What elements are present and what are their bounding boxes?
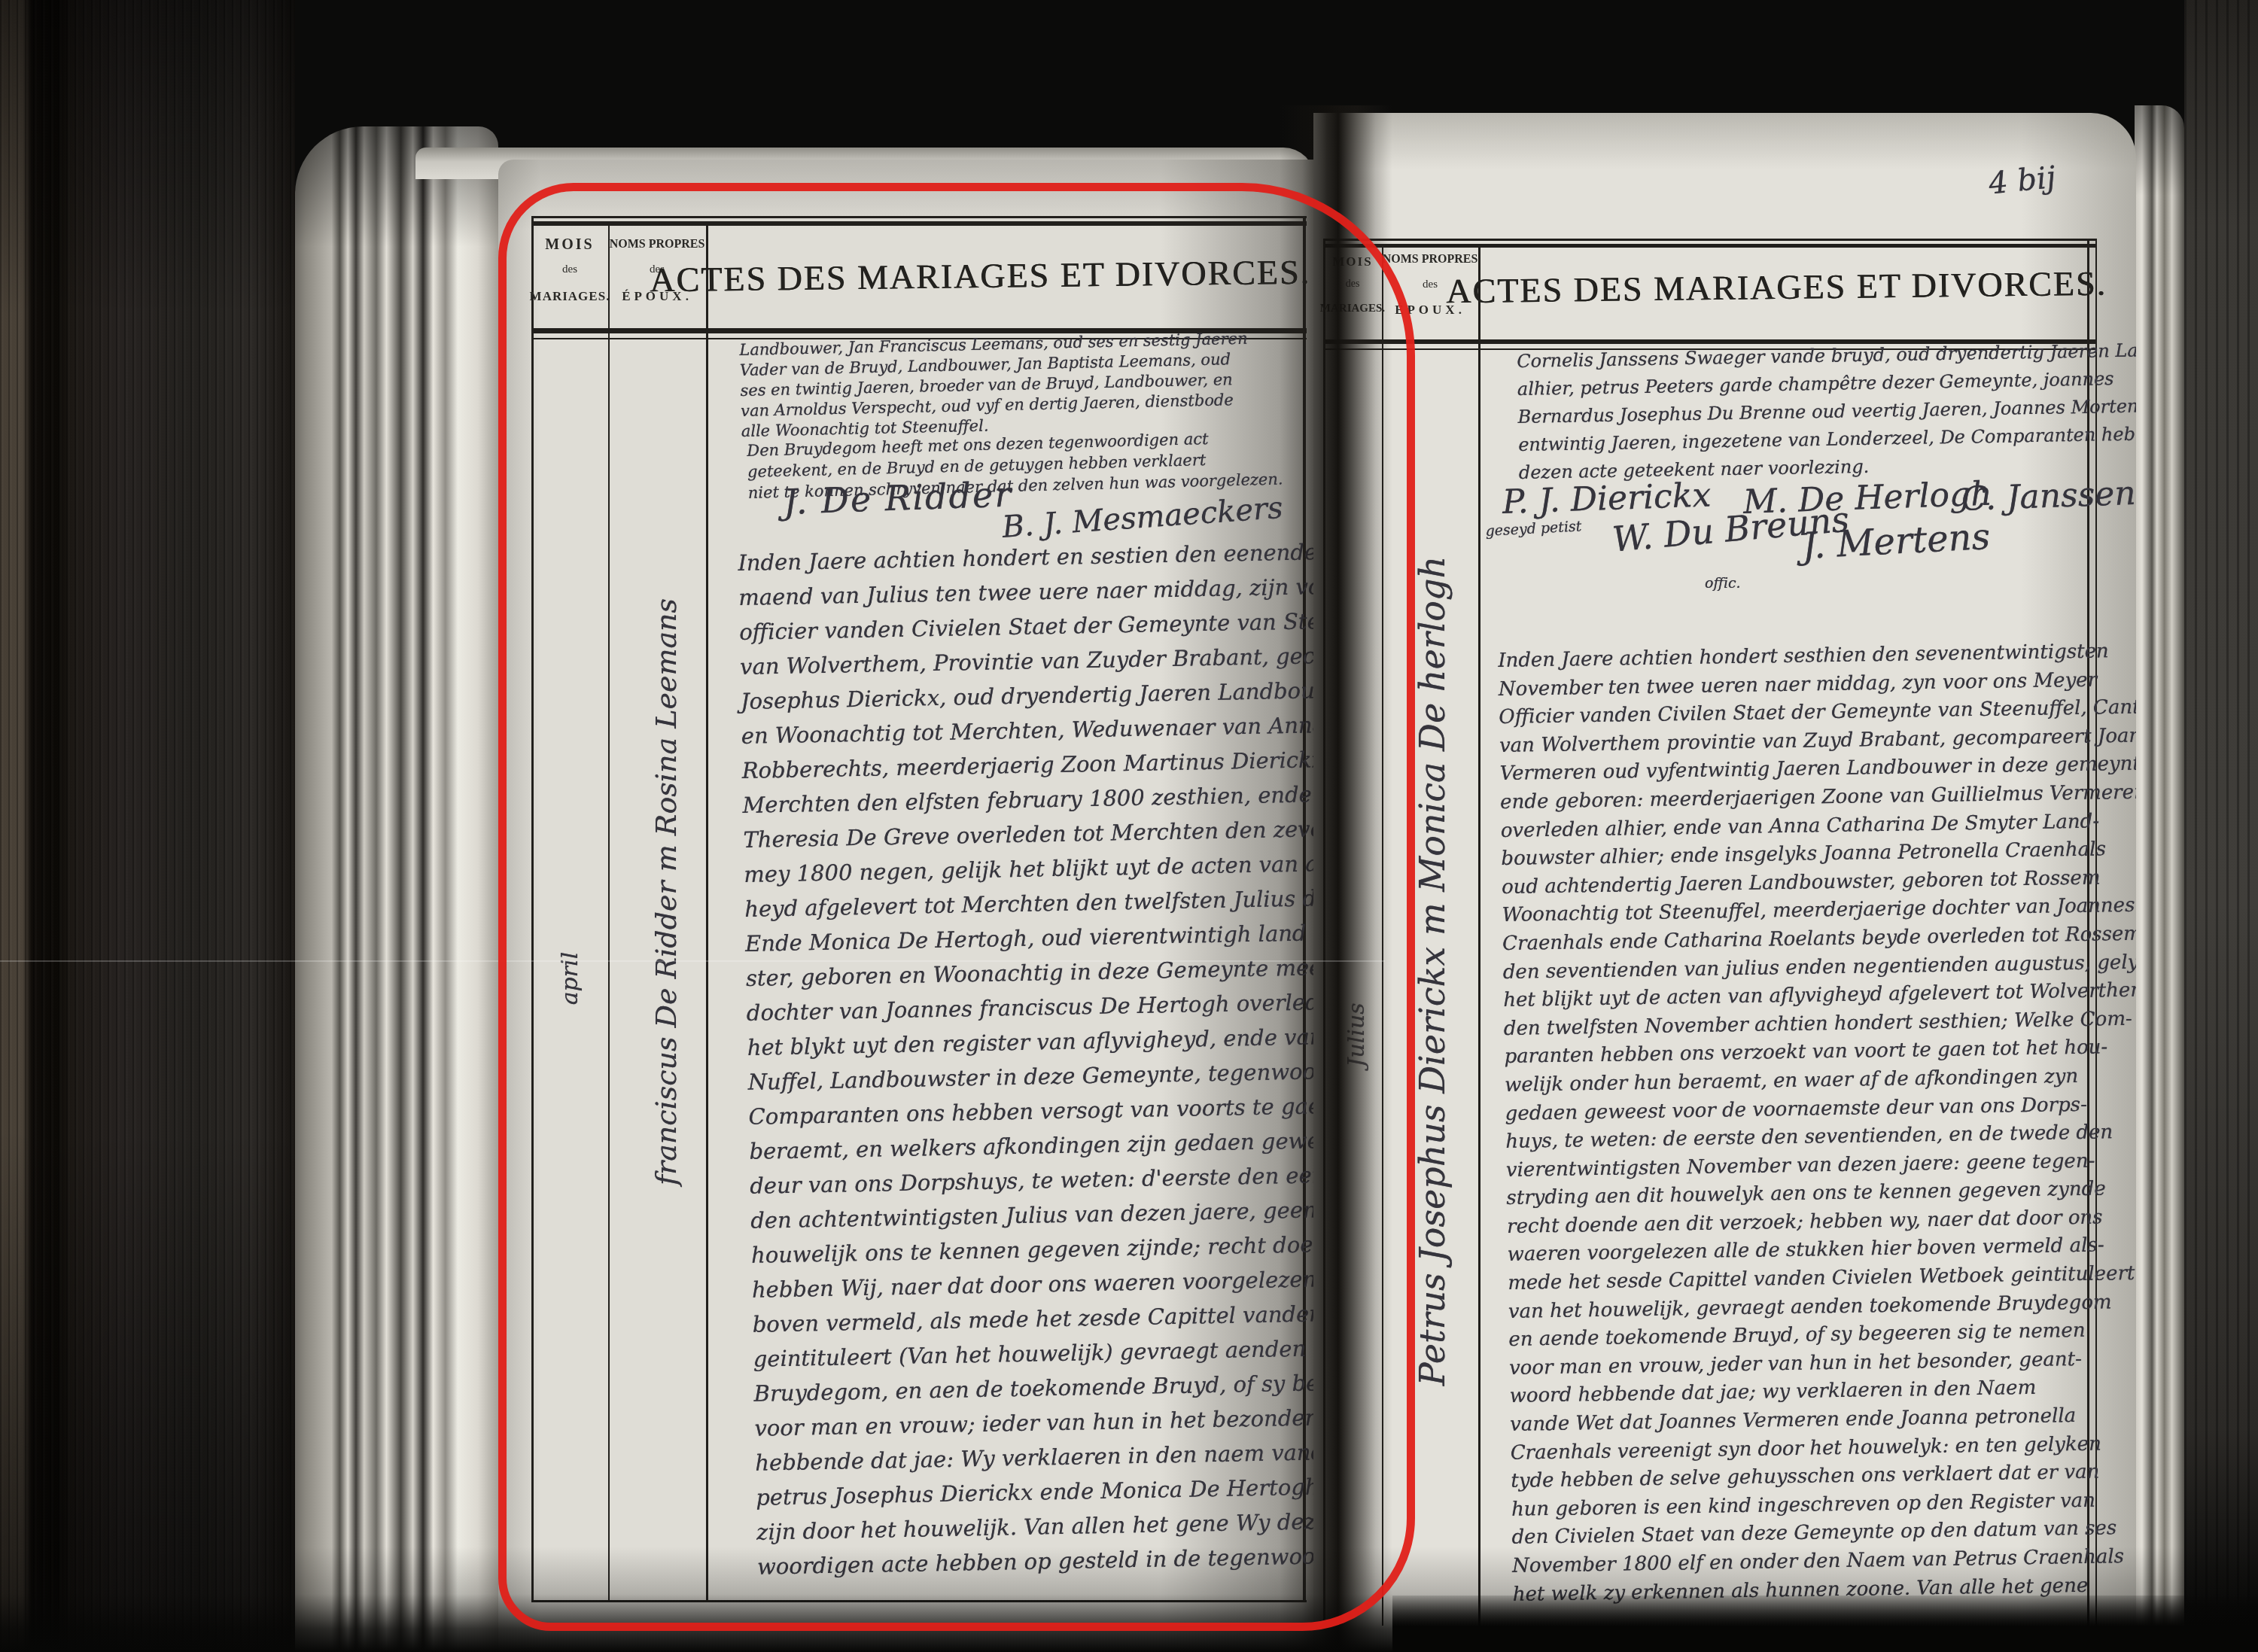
table-rule — [1323, 239, 2097, 241]
table-rule — [1323, 244, 2097, 248]
marriage-act-text: Inden Jaere achtien hondert sesthien den… — [1498, 637, 2136, 1609]
wood-table-edge — [0, 0, 295, 1652]
signature-witness-3: J. Mertens — [1801, 516, 1991, 567]
bottom-shadow-right — [1392, 1596, 2258, 1652]
right-page: MOIS des MARIAGES. NOMS PROPRES des ÉPOU… — [1313, 113, 2136, 1652]
page-title: ACTES DES MARIAGES ET DIVORCES. — [1446, 263, 2107, 312]
backdrop-right-shadow — [2184, 0, 2258, 1652]
signature-note-2: offic. — [1705, 575, 1741, 592]
signature-note: geseyd petist — [1485, 518, 1582, 540]
witnesses-text: Cornelis Janssens Swaeger vande bruyd, o… — [1517, 335, 2136, 487]
table-rule — [1478, 244, 1480, 1626]
column-header-names: NOMS PROPRES — [1383, 253, 1478, 266]
right-page-stack-edges — [2135, 105, 2184, 1626]
signature-witness-1: C. Janssens — [1961, 473, 2136, 519]
red-highlight-oval — [498, 183, 1415, 1631]
margin-spouses-names: Petrus Josephus Dierickx m Monica De her… — [1412, 556, 1453, 1386]
register-scan-photo: MOIS des MARIAGES. NOMS PROPRES des ÉPOU… — [0, 0, 2258, 1652]
column-header-names-des: des — [1423, 278, 1438, 291]
page-number: 4 bij — [1987, 160, 2057, 202]
left-page-stack-edges — [295, 126, 498, 1652]
